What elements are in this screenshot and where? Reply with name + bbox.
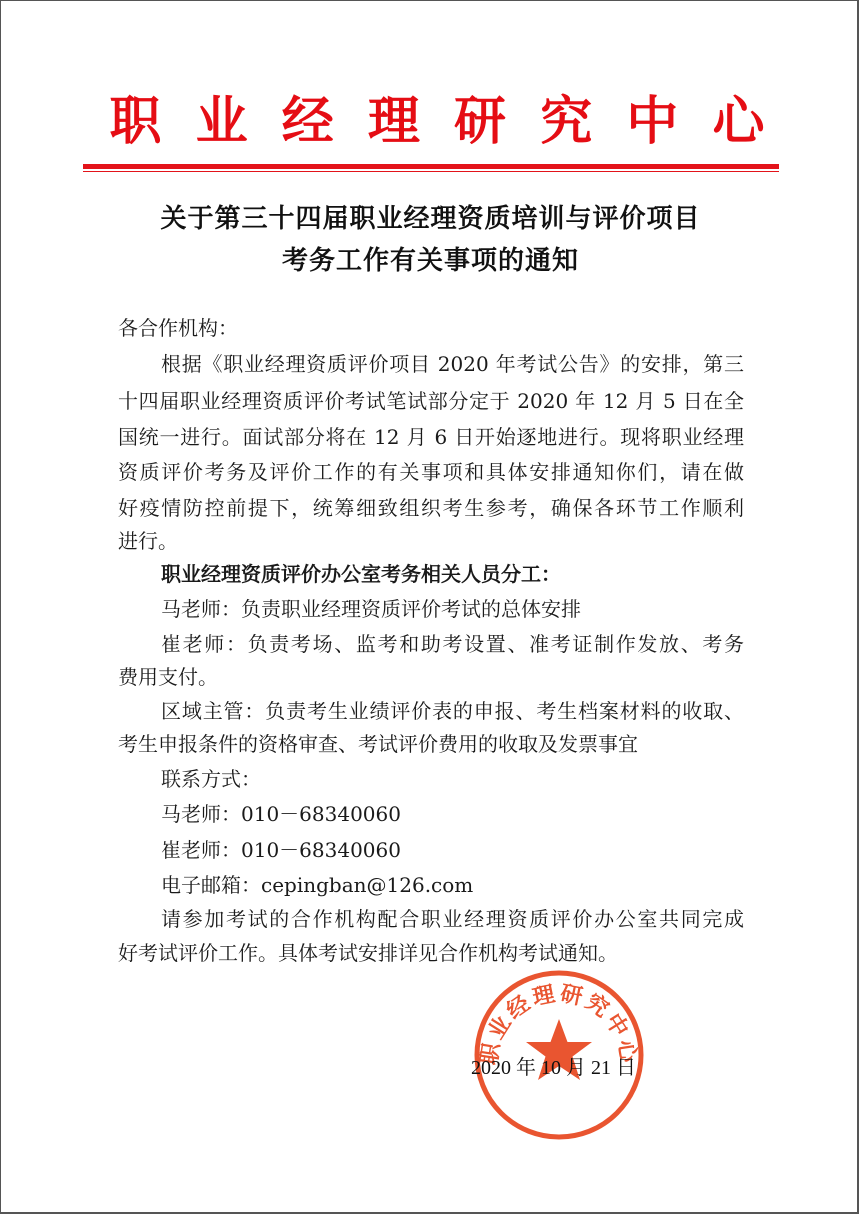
salutation: 各合作机构： (118, 313, 238, 343)
letterhead-char: 究 (528, 89, 605, 155)
letterhead-char: 经 (269, 89, 346, 155)
closing-line: 请参加考试的合作机构配合职业经理资质评价办公室共同完成 (161, 904, 744, 934)
paragraph-line: 资质评价考务及评价工作的有关事项和具体安排通知你们，请在做 (118, 457, 744, 487)
paragraph-line: 国统一进行。面试部分将在 12 月 6 日开始逐地进行。现将职业经理 (118, 422, 744, 452)
document-page: 职 业 经 理 研 究 中 心 关于第三十四届职业经理资质培训与评价项目 考务工… (0, 0, 859, 1214)
staff-regional-cont: 考生申报条件的资格审查、考试评价费用的收取及发票事宜 (118, 729, 638, 759)
staff-cui-cont: 费用支付。 (118, 662, 218, 692)
paragraph-line: 根据《职业经理资质评价项目 2020 年考试公告》的安排，第三 (161, 349, 744, 379)
staff-cui: 崔老师：负责考场、监考和助考设置、准考证制作发放、考务 (161, 629, 744, 659)
contact-heading: 联系方式： (161, 764, 261, 794)
letterhead-char: 职 (97, 89, 174, 155)
letterhead-char: 业 (183, 89, 260, 155)
issue-date: 2020 年 10 月 21 日 (471, 1053, 636, 1083)
contact-ma-phone: 马老师：010－68340060 (161, 799, 401, 829)
paragraph-line: 好疫情防控前提下，统筹细致组织考生参考，确保各环节工作顺利 (118, 493, 744, 523)
letterhead-title: 职 业 经 理 研 究 中 心 (97, 89, 777, 155)
letterhead-rule-thick (83, 164, 779, 169)
paragraph-line: 十四届职业经理资质评价考试笔试部分定于 2020 年 12 月 5 日在全 (118, 386, 744, 416)
closing-line: 好考试评价工作。具体考试安排详见合作机构考试通知。 (118, 938, 618, 968)
staff-ma: 马老师：负责职业经理资质评价考试的总体安排 (161, 594, 581, 624)
contact-email: 电子邮箱：cepingban@126.com (161, 870, 473, 900)
staff-regional: 区域主管：负责考生业绩评价表的申报、考生档案材料的收取、 (161, 696, 744, 726)
notice-title-line-1: 关于第三十四届职业经理资质培训与评价项目 (1, 203, 859, 235)
letterhead-rule-thin (83, 171, 779, 172)
notice-title-line-2: 考务工作有关事项的通知 (1, 245, 859, 277)
staff-heading: 职业经理资质评价办公室考务相关人员分工： (161, 559, 561, 589)
letterhead-char: 研 (442, 89, 519, 155)
paragraph-line: 进行。 (118, 526, 178, 556)
letterhead-char: 心 (700, 89, 777, 155)
letterhead-char: 理 (355, 89, 432, 155)
contact-cui-phone: 崔老师：010－68340060 (161, 835, 401, 865)
letterhead-char: 中 (614, 89, 691, 155)
